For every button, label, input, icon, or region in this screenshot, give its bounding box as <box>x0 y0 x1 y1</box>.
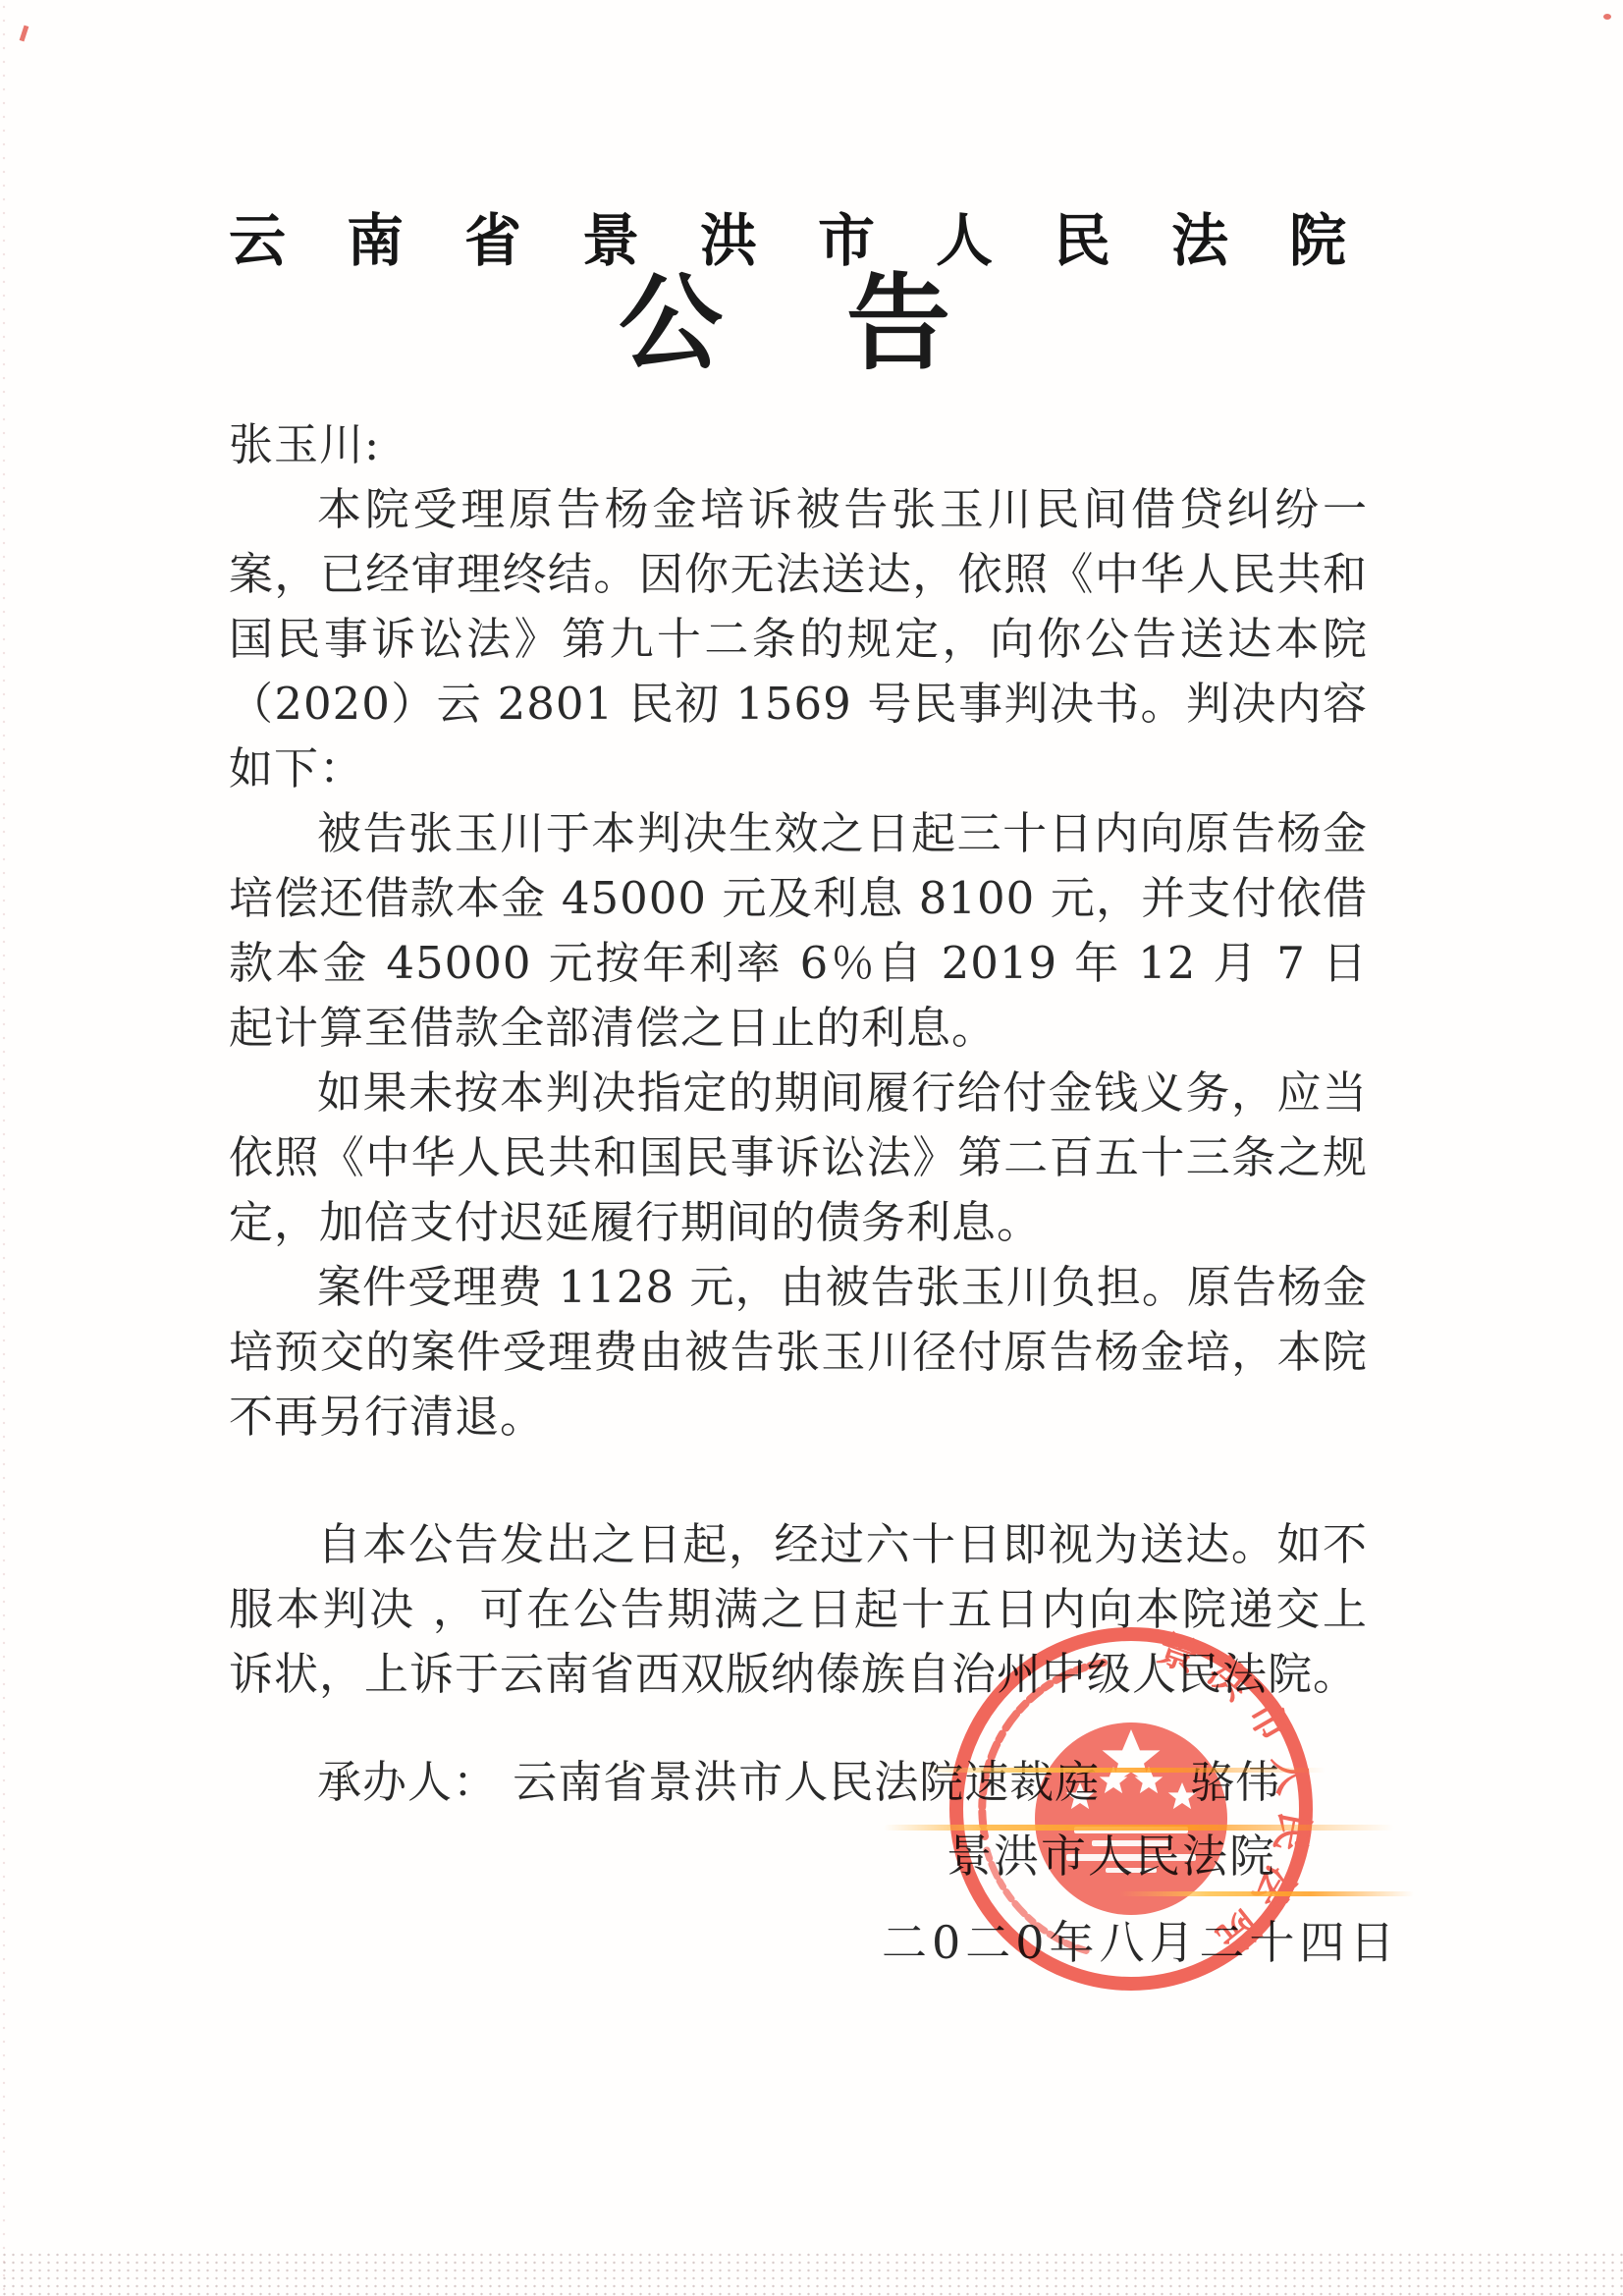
announcement-page: 云南省景洪市人民法院 公告 张玉川: 本院受理原告杨金培诉被告张玉川民间借贷纠纷… <box>0 0 1623 2296</box>
scan-mark-top-left <box>20 26 29 42</box>
national-emblem-icon <box>1035 1722 1227 1915</box>
official-seal: 景洪市人民法院 <box>935 1613 1327 2005</box>
scan-edge-artifact-left <box>0 0 10 2296</box>
paragraph-late-interest: 如果未按本判决指定的期间履行给付金钱义务，应当依照《中华人民共和国民事诉讼法》第… <box>229 1061 1368 1255</box>
scan-pattern-bottom <box>0 2251 1623 2296</box>
scan-streak-3 <box>1119 1891 1414 1896</box>
scan-streak-2 <box>884 1825 1394 1831</box>
paragraph-judgment-payment: 被告张玉川于本判决生效之日起三十日内向原告杨金培偿还借款本金 45000 元及利… <box>229 801 1368 1061</box>
paragraph-court-fee: 案件受理费 1128 元，由被告张玉川负担。原告杨金培预交的案件受理费由被告张玉… <box>229 1255 1368 1449</box>
paragraph-case-summary: 本院受理原告杨金培诉被告张玉川民间借贷纠纷一案，已经审理终结。因你无法送达，依照… <box>229 477 1368 801</box>
scan-mark-top-right <box>1603 14 1611 20</box>
announcement-body: 张玉川: 本院受理原告杨金培诉被告张玉川民间借贷纠纷一案，已经审理终结。因你无法… <box>229 412 1368 1815</box>
addressee-line: 张玉川: <box>229 412 1368 477</box>
document-title: 公告 <box>619 267 1074 382</box>
scan-streak-1 <box>923 1768 1325 1773</box>
